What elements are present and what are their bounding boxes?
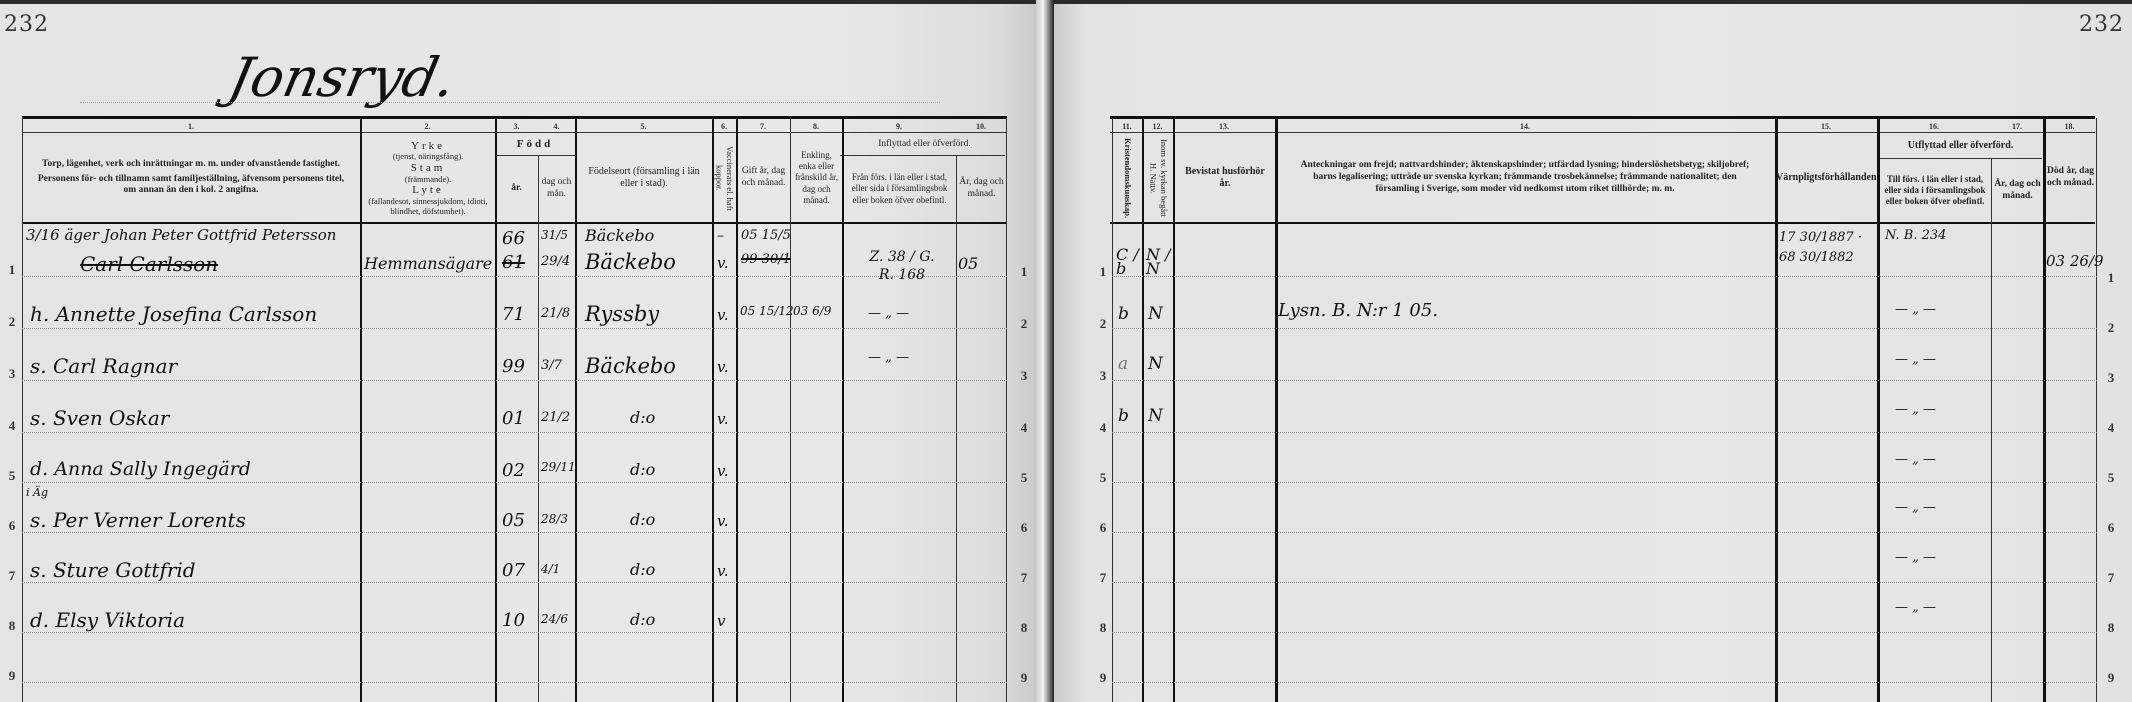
row1-birth-daymonth: 29/4 <box>541 254 570 269</box>
row-rule <box>1112 532 2097 533</box>
row8-birthplace: d:o <box>630 610 655 629</box>
colno-8: 8. <box>790 121 842 132</box>
row-rule <box>1112 276 2097 277</box>
col-rule <box>2096 118 2097 702</box>
row7-birth-daymonth: 4/1 <box>541 562 560 576</box>
row3-vaccinated: v. <box>717 358 728 376</box>
row4-birthplace: d:o <box>630 408 655 427</box>
col-rule <box>1006 118 1007 702</box>
table-top-rule <box>22 116 1007 119</box>
row-number: 5 <box>2104 470 2118 486</box>
row7-name: s. Sture Gottfrid <box>30 558 196 582</box>
row-number: 6 <box>2104 520 2118 536</box>
row-number: 6 <box>1017 520 1031 536</box>
colno-14: 14. <box>1275 121 1775 132</box>
header-col9: Från förs. i län eller i stad, eller sid… <box>843 156 956 222</box>
colno-15: 15. <box>1775 121 1877 132</box>
row-number: 1 <box>2104 270 2118 286</box>
row2-birth-daymonth: 21/8 <box>541 306 570 321</box>
row4-birth-daymonth: 21/2 <box>541 410 570 425</box>
row-number: 2 <box>1017 316 1031 332</box>
header-col6: Vaccinerats el. haft koppor. <box>713 134 736 222</box>
row-number: 4 <box>5 418 19 434</box>
row2-birthplace: Ryssby <box>585 302 659 326</box>
colno-18: 18. <box>2043 121 2096 132</box>
row-number: 6 <box>5 518 19 534</box>
colno-4: 4. <box>538 121 575 132</box>
row1-name: Carl Carlsson <box>80 252 218 276</box>
row-rule <box>22 380 1007 381</box>
row-rule <box>1112 482 2097 483</box>
colno-5: 5. <box>575 121 712 132</box>
row5-vaccinated: v. <box>717 462 728 480</box>
row-number: 4 <box>1096 420 1110 436</box>
row1-birthplace-prev: Bäckebo <box>585 226 654 245</box>
row-number: 7 <box>1096 570 1110 586</box>
row-rule <box>22 632 1007 633</box>
header-col11: Kristendomskunskap. <box>1113 134 1142 222</box>
col-rule <box>1991 158 1992 702</box>
header-col1-line1: Torp, lägenhet, verk och inrättningar m.… <box>42 159 340 171</box>
row1-moved-in-from: Z. 38 / G. R. 168 <box>862 248 942 284</box>
row1-married-prev: 05 15/5 <box>741 228 791 243</box>
row5-birth-year: 02 <box>502 460 525 481</box>
page-number-left: 232 <box>4 12 49 37</box>
header-yrke-sub: (tjenst, näringsfång). <box>393 152 464 162</box>
header-col14: Anteckningar om frejd; nattvardshinder; … <box>1285 134 1765 222</box>
colno-9: 9. <box>842 121 956 132</box>
row-number: 7 <box>5 568 19 584</box>
heading-underline <box>80 102 940 103</box>
row2-communion: N <box>1148 304 1163 324</box>
header-col15: Värnpligtsförhållanden. <box>1780 134 1875 222</box>
row-number: 3 <box>2104 370 2118 386</box>
colno-7: 7. <box>736 121 790 132</box>
header-lyte-sub: (fallandesot, sinnessjukdom, idioti, bli… <box>364 197 492 217</box>
header-col4: dag och mån. <box>538 156 575 222</box>
header-col1: Torp, lägenhet, verk och inrättningar m.… <box>30 136 352 220</box>
row-number: 3 <box>1017 368 1031 384</box>
row3-communion: N <box>1148 354 1163 374</box>
colno-11: 11. <box>1112 121 1142 132</box>
header-col10: År, dag och månad. <box>957 156 1006 222</box>
header-bottom-rule <box>22 222 1007 224</box>
row4-vaccinated: v. <box>717 410 728 428</box>
col-rule <box>575 118 577 702</box>
row7-moved-out-to: — „ — <box>1895 550 1936 565</box>
colno-1: 1. <box>22 121 360 132</box>
header-col7: Gift år, dag och månad. <box>737 134 790 222</box>
row-number: 8 <box>1096 620 1110 636</box>
row6-name-note: i Äg <box>26 486 48 499</box>
row-rule <box>1112 582 2097 583</box>
row-number: 3 <box>5 366 19 382</box>
row-number: 7 <box>2104 570 2118 586</box>
row3-birth-year: 99 <box>502 356 525 377</box>
row4-birth-year: 01 <box>502 408 525 429</box>
row-rule <box>22 276 1007 277</box>
header-inflyttad: Inflyttad eller öfverförd. <box>843 134 1006 155</box>
row-rule <box>22 582 1007 583</box>
col-rule <box>956 155 957 702</box>
row8-moved-out-to: — „ — <box>1895 600 1936 615</box>
colno-6: 6. <box>712 121 736 132</box>
row-rule <box>1112 632 2097 633</box>
row2-knowledge: b <box>1118 304 1129 324</box>
row1-birth-daymonth-prev: 31/5 <box>541 228 568 242</box>
row6-name: s. Per Verner Lorents <box>30 508 246 532</box>
header-col13: Bevistat husförhör år. <box>1180 134 1270 222</box>
row-number: 5 <box>1017 470 1031 486</box>
row-number: 5 <box>1096 470 1110 486</box>
col-rule <box>1775 118 1778 702</box>
row-rule <box>1112 432 2097 433</box>
header-stam-sub: (främmande). <box>405 175 452 185</box>
header-utflyttad: Utflyttad eller öfverförd. <box>1879 134 2042 158</box>
row-rule <box>22 482 1007 483</box>
row-rule <box>1112 682 2097 683</box>
row-number: 7 <box>1017 570 1031 586</box>
header-col1-line2: Personens för- och tillnamn samt familje… <box>32 174 350 198</box>
row3-moved-out-to: — „ — <box>1895 352 1936 367</box>
row6-moved-out-to: — „ — <box>1895 500 1936 515</box>
col-rule <box>1275 118 1278 702</box>
row1-death: 03 26/9 <box>2046 252 2104 270</box>
place-heading: Jonsryd. <box>223 46 461 109</box>
row4-moved-out-to: — „ — <box>1895 402 1936 417</box>
colno-16: 16. <box>1877 121 1991 132</box>
row-rule <box>22 532 1007 533</box>
colno-rule <box>1110 132 2095 133</box>
row-number: 3 <box>1096 368 1110 384</box>
header-col2: Yrke (tjenst, näringsfång). Stam (främma… <box>362 134 494 222</box>
row4-communion: N <box>1148 406 1163 426</box>
colno-rule <box>22 132 1007 133</box>
row1-birth-year-prev: 66 <box>502 228 525 249</box>
row1-moved-out-to: N. B. 234 <box>1885 228 1946 243</box>
colno-2: 2. <box>360 121 495 132</box>
row4-name: s. Sven Oskar <box>30 406 169 430</box>
row-number: 2 <box>1096 316 1110 332</box>
header-col18: Död år, dag och månad. <box>2045 134 2096 222</box>
row2-name: h. Annette Josefina Carlsson <box>30 302 317 326</box>
row-number: 4 <box>2104 420 2118 436</box>
row5-birth-daymonth: 29/11 <box>541 460 576 474</box>
col-rule <box>1173 118 1175 702</box>
row1-communion: N / N <box>1146 248 1172 277</box>
row5-name: d. Anna Sally Ingegärd <box>30 458 251 480</box>
colno-10: 10. <box>956 121 1006 132</box>
row1-knowledge: C / b <box>1116 248 1142 277</box>
row2-remarks: Lysn. B. N:r 1 05. <box>1278 300 1438 321</box>
row6-birth-year: 05 <box>502 510 525 531</box>
row2-vaccinated: v. <box>717 306 728 324</box>
col-rule <box>538 155 539 702</box>
row2-birth-year: 71 <box>502 304 525 325</box>
colno-13: 13. <box>1173 121 1275 132</box>
table-top-rule <box>1110 116 2095 119</box>
colno-3: 3. <box>495 121 538 132</box>
row-number: 4 <box>1017 420 1031 436</box>
header-col5: Födelseort (församling i län eller i sta… <box>582 134 706 222</box>
row-number: 9 <box>2104 670 2118 686</box>
row6-vaccinated: v. <box>717 512 728 530</box>
row1-birthplace: Bäckebo <box>585 250 676 274</box>
row8-birth-year: 10 <box>502 610 525 631</box>
row2-moved-out-to: — „ — <box>1895 302 1936 317</box>
row1-military: 17 30/1887 · 68 30/1882 <box>1779 228 1874 267</box>
row1-occupation: Hemmansägare <box>364 254 492 273</box>
row-number: 9 <box>1096 670 1110 686</box>
row2-moved-in-from: — „ — <box>868 306 909 321</box>
row-rule <box>22 432 1007 433</box>
header-col12: Inom sv. kyrkan begått H. Nattv. <box>1144 134 1173 222</box>
row3-name: s. Carl Ragnar <box>30 354 177 378</box>
row3-birthplace: Bäckebo <box>585 354 676 378</box>
right-page: 232 Jonsryd. <box>1052 4 2132 702</box>
header-stam: Stam <box>411 162 446 175</box>
row-number: 8 <box>2104 620 2118 636</box>
row-number: 1 <box>1096 264 1110 280</box>
row-number: 2 <box>2104 320 2118 336</box>
row8-name: d. Elsy Viktoria <box>30 608 185 632</box>
row-number: 6 <box>1096 520 1110 536</box>
row7-vaccinated: v. <box>717 562 728 580</box>
header-bottom-rule <box>1110 222 2095 224</box>
row-number: 9 <box>1017 670 1031 686</box>
row-number: 1 <box>1017 264 1031 280</box>
row-rule <box>22 328 1007 329</box>
row1-moved-in-date: 05 <box>958 254 978 273</box>
header-col8: Enkling, enka eller frånskild år, dag oc… <box>791 134 842 222</box>
row6-birthplace: d:o <box>630 510 655 529</box>
row-number: 8 <box>5 618 19 634</box>
row8-birth-daymonth: 24/6 <box>541 612 568 626</box>
header-col3: år. <box>495 156 538 222</box>
row4-knowledge: b <box>1118 406 1129 426</box>
row-rule <box>22 682 1007 683</box>
row1-vaccinated: v. <box>717 254 728 272</box>
col-rule <box>22 118 23 702</box>
row3-moved-in-from: — „ — <box>868 350 909 365</box>
row2-widowed: 03 6/9 <box>793 304 831 318</box>
header-col17: År, dag och månad. <box>1992 159 2043 222</box>
row8-vaccinated: v <box>717 612 725 630</box>
row-number: 9 <box>5 668 19 684</box>
row3-knowledge: a <box>1118 354 1128 374</box>
header-col16: Till förs. i län eller i stad, eller sid… <box>1879 159 1991 222</box>
row-number: 2 <box>5 314 19 330</box>
book-gutter <box>1036 0 1054 702</box>
row-number: 1 <box>5 262 19 278</box>
row1-married: 99 30/1 <box>741 252 791 267</box>
row2-married: 05 15/12 <box>740 304 794 318</box>
row7-birthplace: d:o <box>630 560 655 579</box>
row7-birth-year: 07 <box>502 560 525 581</box>
colno-12: 12. <box>1142 121 1173 132</box>
row-number: 5 <box>5 468 19 484</box>
colno-17: 17. <box>1991 121 2043 132</box>
row1-vaccinated-prev: – <box>717 228 724 244</box>
row-number: 8 <box>1017 620 1031 636</box>
row1-birth-year: 61 <box>502 252 525 273</box>
row3-birth-daymonth: 3/7 <box>541 358 562 373</box>
row-rule <box>1112 380 2097 381</box>
row1-name-note: 3/16 äger Johan Peter Gottfrid Petersson <box>26 226 336 244</box>
header-fodd: Född <box>495 134 575 155</box>
row-rule <box>1112 328 2097 329</box>
row5-moved-out-to: — „ — <box>1895 452 1936 467</box>
page-number-right: 232 <box>2079 12 2124 37</box>
row5-birthplace: d:o <box>630 460 655 479</box>
row6-birth-daymonth: 28/3 <box>541 512 568 526</box>
